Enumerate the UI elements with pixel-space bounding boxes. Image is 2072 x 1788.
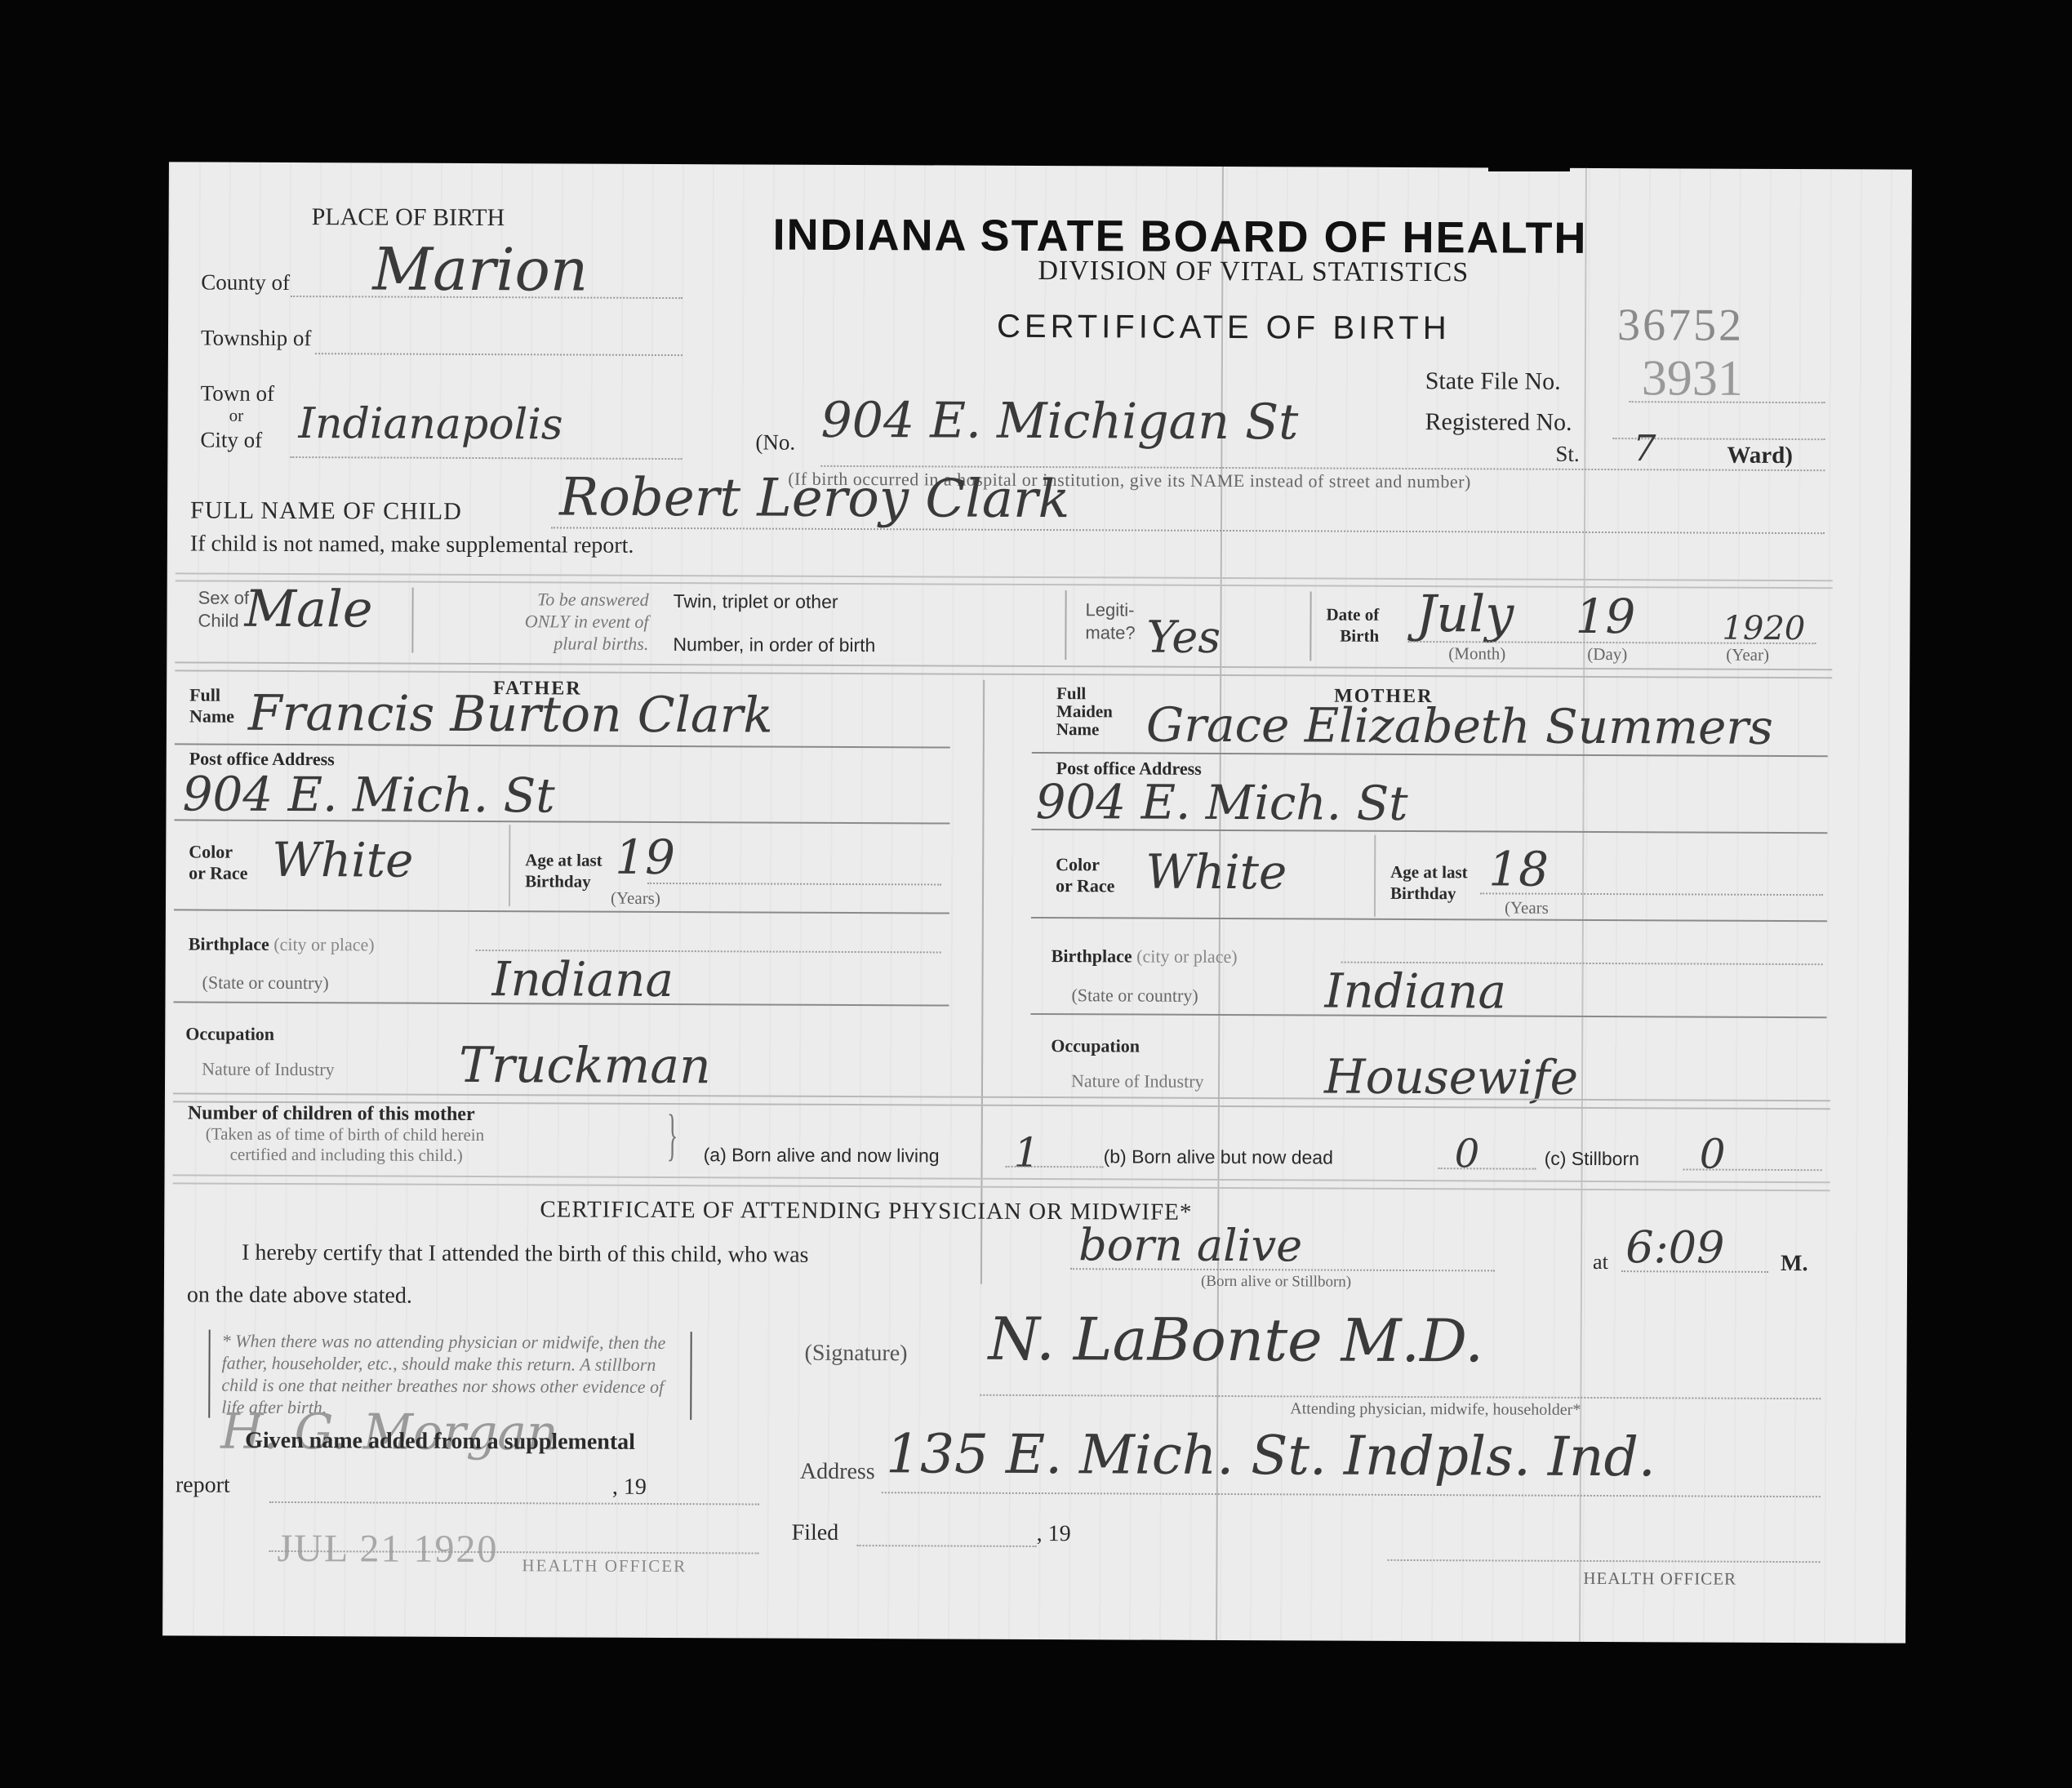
cell-divider (1374, 835, 1376, 917)
birth-time-value: 6:09 (1625, 1221, 1725, 1274)
father-occupation-label: Occupation (185, 1023, 274, 1044)
order-label: Number, in order of birth (673, 634, 875, 656)
mother-age-label-2: Birthday (1390, 883, 1456, 903)
physician-address-label: Address (800, 1459, 875, 1485)
county-value: Marion (372, 234, 588, 304)
mother-occupation-label: Occupation (1051, 1035, 1140, 1056)
father-birthplace-label-text: Birthplace (189, 933, 269, 954)
mother-years-caption: (Years (1505, 897, 1549, 918)
health-officer-right: HEALTH OFFICER (1583, 1568, 1736, 1590)
state-file-number: 3931 (1642, 349, 1743, 408)
born-alive-living-label: (a) Born alive and now living (704, 1144, 940, 1167)
unnamed-note: If child is not named, make supplemental… (190, 531, 634, 558)
children-note-1: (Taken as of time of birth of child here… (206, 1124, 485, 1145)
signature-label: (Signature) (805, 1341, 908, 1368)
father-color-label: Coloror Race (189, 841, 248, 883)
birth-status-caption: (Born alive or Stillborn) (1201, 1273, 1351, 1292)
father-occupation: Truckman (459, 1037, 711, 1095)
father-age-label-2: Birthday (525, 871, 591, 891)
plural-note: To be answeredONLY in event ofplural bir… (428, 588, 648, 655)
legit-label-1: Legiti- (1086, 599, 1135, 620)
signer-caption: Attending physician, midwife, householde… (1290, 1399, 1581, 1420)
township-label: Township of (201, 326, 311, 352)
father-full-label-2: Name (189, 705, 234, 726)
mother-color-label: Coloror Race (1056, 854, 1115, 896)
children-note-2: certified and including this child.) (230, 1145, 463, 1166)
filed-year: , 19 (1037, 1521, 1071, 1547)
parent-column-divider (980, 680, 985, 1284)
or-label: or (229, 406, 244, 426)
month-caption: (Month) (1448, 643, 1505, 664)
mother-age: 18 (1488, 841, 1549, 896)
born-alive-dead-label: (b) Born alive but now dead (1104, 1145, 1333, 1168)
mother-color: White (1145, 844, 1287, 901)
scan-edge-notch (1488, 160, 1570, 171)
plural-note-3: plural births. (554, 633, 648, 654)
father-state-hint: (State or country) (202, 972, 329, 994)
child-full-name: Robert Leroy Clark (559, 467, 1070, 530)
father-color-label-2: or Race (189, 862, 247, 883)
health-officer-line (1387, 1559, 1820, 1563)
ward-label: Ward) (1727, 443, 1793, 469)
father-full-label-1: Full (189, 684, 220, 705)
father-age-line (647, 883, 941, 886)
legit-label: Legiti-mate? (1085, 598, 1135, 644)
dob-month: July (1416, 584, 1514, 644)
father-name: Francis Burton Clark (248, 685, 773, 745)
dob-day: 19 (1575, 589, 1635, 644)
father-color: White (272, 832, 413, 888)
city-value: Indianapolis (298, 399, 562, 449)
father-address: 904 E. Mich. St (182, 766, 554, 823)
report-year: , 19 (612, 1474, 647, 1501)
county-label: County of (201, 270, 290, 296)
city-label: City of (200, 428, 262, 453)
received-date-stamp: JUL 21 1920 (277, 1526, 498, 1572)
filed-line (857, 1545, 1037, 1547)
physician-signature: N. LaBonte M.D. (988, 1305, 1483, 1376)
stillborn-value: 0 (1700, 1131, 1726, 1178)
scan-line (1579, 168, 1587, 1642)
mother-birthplace-label: Birthplace (city or place) (1052, 945, 1238, 967)
children-brace: } (667, 1103, 678, 1168)
day-caption: (Day) (1587, 644, 1627, 665)
cell-divider (411, 588, 413, 653)
ward-value: 7 (1633, 428, 1656, 469)
stillborn-label: (c) Stillborn (1545, 1148, 1639, 1171)
plural-note-2: ONLY in event of (525, 611, 649, 632)
twin-label: Twin, triplet or other (674, 590, 838, 613)
state-file-label: State File No. (1425, 367, 1561, 396)
township-line (315, 353, 683, 356)
year-caption: (Year) (1726, 645, 1769, 665)
time-at-label: at (1593, 1250, 1608, 1274)
sex-value: Male (244, 579, 372, 639)
filed-label: Filed (792, 1520, 839, 1546)
full-name-label: FULL NAME OF CHILD (190, 496, 462, 525)
cell-divider (509, 825, 510, 906)
st-label: St. (1555, 442, 1579, 467)
child-name-line (551, 527, 1825, 534)
signature-line (980, 1394, 1821, 1399)
dob-label: Date ofBirth (1326, 604, 1379, 647)
mother-name: Grace Elizabeth Summers (1146, 697, 1773, 755)
sex-label: Sex ofChild (198, 587, 249, 633)
field-line (175, 743, 950, 748)
sex-label-line2: Child (198, 611, 238, 631)
mother-occupation: Housewife (1324, 1049, 1578, 1105)
field-line (1031, 917, 1827, 922)
street-value: 904 E. Michigan St (820, 392, 1298, 451)
mother-full-name-label: FullMaidenName (1056, 684, 1113, 738)
legit-label-2: mate? (1085, 622, 1135, 643)
birth-status-value: born alive (1078, 1219, 1302, 1271)
mother-color-label-1: Color (1056, 854, 1100, 874)
field-line (174, 909, 949, 914)
sex-label-line1: Sex of (198, 588, 249, 608)
born-alive-dead-value: 0 (1455, 1131, 1480, 1176)
father-birthplace: Indiana (491, 951, 674, 1007)
mother-birthplace-label-text: Birthplace (1052, 945, 1132, 966)
mother-color-label-2: or Race (1056, 875, 1114, 896)
health-officer-left: HEALTH OFFICER (522, 1555, 687, 1577)
mother-full-label-3: Name (1056, 719, 1100, 739)
supplemental-text: Given name added from a supplemental (245, 1428, 635, 1456)
date-above-text: on the date above stated. (187, 1282, 412, 1309)
certificate-number: 36752 (1617, 299, 1744, 352)
dob-label-1: Date of (1326, 605, 1379, 625)
mother-age-label: Age at lastBirthday (1390, 861, 1468, 904)
street-no-label: (No. (755, 429, 795, 455)
father-color-label-1: Color (189, 841, 233, 861)
mother-birthplace: Indiana (1324, 963, 1506, 1020)
born-alive-living-value: 1 (1014, 1129, 1040, 1176)
report-line (269, 1501, 759, 1506)
mother-state-hint: (State or country) (1071, 985, 1198, 1007)
report-label: report (176, 1472, 230, 1498)
scan-line (1216, 167, 1224, 1640)
dob-label-2: Birth (1340, 626, 1379, 646)
legit-value: Yes (1146, 612, 1221, 663)
mother-industry-label: Nature of Industry (1071, 1070, 1204, 1092)
count-line (1438, 1168, 1536, 1170)
certificate-title: CERTIFICATE OF BIRTH (997, 309, 1451, 347)
plural-note-1: To be answered (537, 589, 649, 610)
children-label: Number of children of this mother (188, 1102, 475, 1126)
city-line (290, 456, 682, 460)
place-of-birth-heading: PLACE OF BIRTH (312, 203, 505, 232)
town-label: Town of (201, 381, 274, 407)
certify-text: I hereby certify that I attended the bir… (242, 1240, 808, 1269)
registered-label: Registered No. (1425, 408, 1572, 437)
father-age: 19 (615, 830, 675, 885)
birth-certificate: PLACE OF BIRTH INDIANA STATE BOARD OF HE… (162, 162, 1912, 1643)
mother-full-label-2: Maiden (1056, 701, 1113, 721)
father-age-label-1: Age at last (525, 850, 602, 870)
field-line (1031, 829, 1827, 834)
meridiem-label: M. (1781, 1251, 1808, 1277)
cell-divider (1309, 591, 1311, 660)
father-age-label: Age at lastBirthday (525, 849, 602, 892)
mother-age-label-1: Age at last (1390, 862, 1468, 882)
father-birthplace-label: Birthplace (city or place) (189, 933, 375, 955)
address-line (882, 1492, 1821, 1497)
mother-birthplace-hint: (city or place) (1136, 946, 1237, 967)
mother-address: 904 E. Mich. St (1035, 774, 1407, 831)
physician-address: 135 E. Mich. St. Indpls. Ind. (886, 1422, 1656, 1488)
cell-divider (1065, 590, 1066, 660)
father-industry-label: Nature of Industry (202, 1059, 335, 1081)
mother-full-label-1: Full (1056, 683, 1086, 703)
division-title: DIVISION OF VITAL STATISTICS (1038, 256, 1469, 288)
father-birthplace-hint: (city or place) (273, 934, 374, 955)
father-full-name-label: FullName (189, 684, 234, 727)
father-years-caption: (Years) (611, 888, 660, 909)
